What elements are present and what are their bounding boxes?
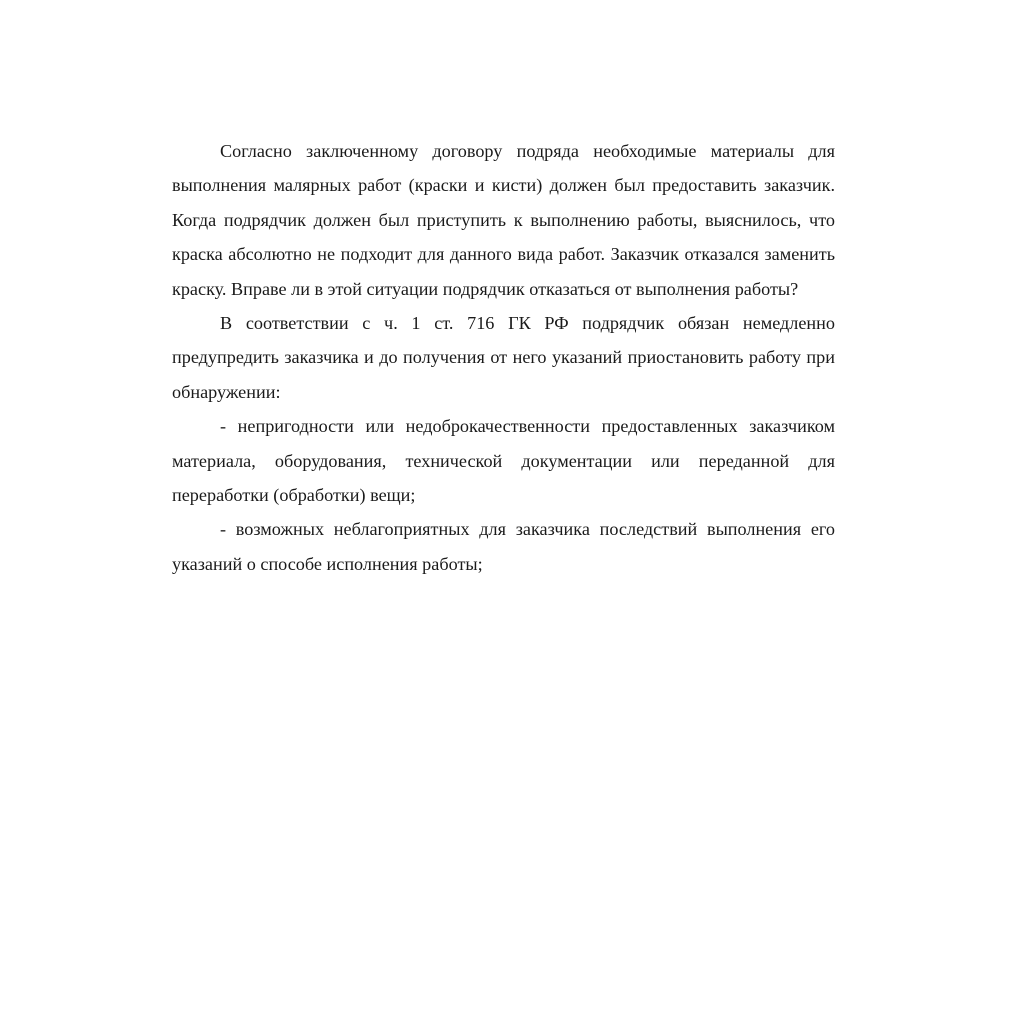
- paragraph-legal-basis: В соответствии с ч. 1 ст. 716 ГК РФ подр…: [172, 306, 835, 409]
- list-item-unsuitable-materials: - непригодности или недоброкачественност…: [172, 409, 835, 512]
- paragraph-question: Согласно заключенному договору подряда н…: [172, 134, 835, 306]
- list-item-adverse-consequences: - возможных неблагоприятных для заказчик…: [172, 512, 835, 581]
- document-page: Согласно заключенному договору подряда н…: [172, 134, 835, 581]
